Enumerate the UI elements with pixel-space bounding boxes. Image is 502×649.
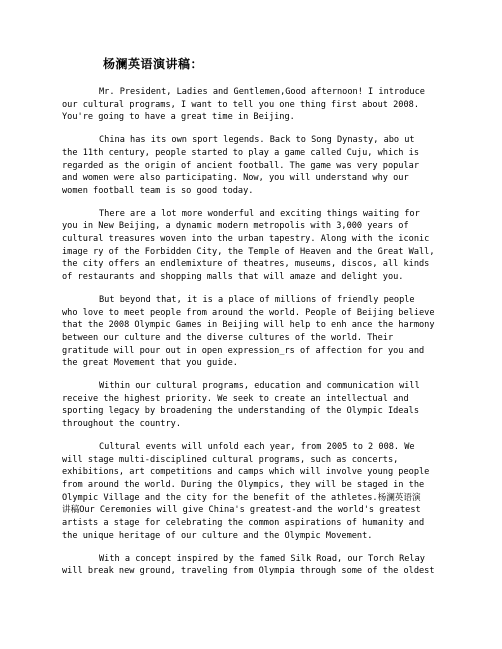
text-line: the great Movement that you guide. <box>62 357 466 370</box>
text-line: cultural treasures woven into the urban … <box>62 233 466 246</box>
text-line: 讲稿Our Ceremonies will give China's great… <box>62 504 466 517</box>
text-line: China has its own sport legends. Back to… <box>62 134 466 147</box>
text-line: gratitude will pour out in open expressi… <box>62 345 466 358</box>
text-line: artists a stage for celebrating the comm… <box>62 517 466 530</box>
paragraph: Mr. President, Ladies and Gentlemen,Good… <box>62 86 466 124</box>
paragraph: Cultural events will unfold each year, f… <box>62 441 466 543</box>
text-line: receive the highest priority. We seek to… <box>62 393 466 406</box>
text-line: that the 2008 Olympic Games in Beijing w… <box>62 319 466 332</box>
text-line: the city offers an endlemixture of theat… <box>62 258 466 271</box>
text-line: you in New Beijing, a dynamic modern met… <box>62 220 466 233</box>
paragraph: China has its own sport legends. Back to… <box>62 134 466 198</box>
text-line: regarded as the origin of ancient footba… <box>62 160 466 173</box>
text-line: between our culture and the diverse cult… <box>62 332 466 345</box>
paragraph: Within our cultural programs, education … <box>62 380 466 431</box>
text-line: our cultural programs, I want to tell yo… <box>62 99 466 112</box>
text-line: You're going to have a great time in Bei… <box>62 111 466 124</box>
text-line: throughout the country. <box>62 418 466 431</box>
text-line: the unique heritage of our culture and t… <box>62 530 466 543</box>
text-line: Within our cultural programs, education … <box>62 380 466 393</box>
text-line: Mr. President, Ladies and Gentlemen,Good… <box>62 86 466 99</box>
document-title: 杨澜英语演讲稿： <box>62 57 466 71</box>
document-body: Mr. President, Ladies and Gentlemen,Good… <box>62 86 466 578</box>
text-line: sporting legacy by broadening the unders… <box>62 405 466 418</box>
text-line: With a concept inspired by the famed Sil… <box>62 553 466 566</box>
text-line: image ry of the Forbidden City, the Temp… <box>62 246 466 259</box>
text-line: There are a lot more wonderful and excit… <box>62 208 466 221</box>
text-line: Cultural events will unfold each year, f… <box>62 441 466 454</box>
text-line: will stage multi-disciplined cultural pr… <box>62 454 466 467</box>
paragraph: But beyond that, it is a place of millio… <box>62 294 466 370</box>
text-line: women football team is so good today. <box>62 185 466 198</box>
text-line: will break new ground, traveling from Ol… <box>62 565 466 578</box>
text-line: the 11th century, people started to play… <box>62 147 466 160</box>
document-page: 杨澜英语演讲稿： Mr. President, Ladies and Gentl… <box>0 0 502 649</box>
paragraph: With a concept inspired by the famed Sil… <box>62 553 466 578</box>
paragraph: There are a lot more wonderful and excit… <box>62 208 466 284</box>
text-line: who love to meet people from around the … <box>62 307 466 320</box>
text-line: exhibitions, art competitions and camps … <box>62 466 466 479</box>
text-line: But beyond that, it is a place of millio… <box>62 294 466 307</box>
text-line: and women were also participating. Now, … <box>62 172 466 185</box>
text-line: of restaurants and shopping malls that w… <box>62 271 466 284</box>
text-line: from around the world. During the Olympi… <box>62 479 466 492</box>
text-line: Olympic Village and the city for the ben… <box>62 492 466 505</box>
